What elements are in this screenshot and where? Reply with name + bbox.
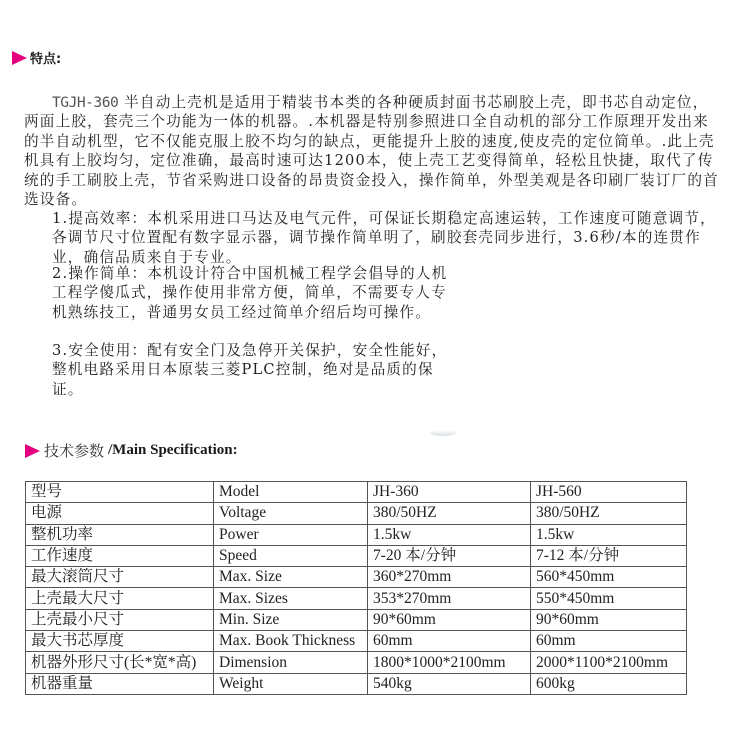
- cell-param-en: Voltage: [214, 503, 368, 524]
- cell-jh560: 600kg: [531, 673, 687, 694]
- cell-param-cn: 机器外形尺寸(长*宽*高): [26, 652, 214, 673]
- table-row: 机器重量Weight540kg600kg: [26, 673, 687, 694]
- spec-heading-en: /Main Specification:: [108, 442, 238, 459]
- intro-text: 半自动上壳机是适用于精装书本类的各种硬质封面书芯刷胶上壳，即书芯自动定位，两面上…: [24, 94, 719, 208]
- cell-jh560: JH-560: [531, 482, 687, 503]
- cell-jh360: 60mm: [368, 631, 531, 652]
- cell-jh360: 1800*1000*2100mm: [368, 652, 531, 673]
- cell-param-cn: 上壳最大尺寸: [26, 588, 214, 609]
- feature-point-efficiency: 1.提高效率：本机采用进口马达及电气元件，可保证长期稳定高速运转，工作速度可随意…: [24, 209, 724, 267]
- cell-jh560: 1.5kw: [531, 524, 687, 545]
- table-row: 上壳最小尺寸Min. Size90*60mm90*60mm: [26, 609, 687, 630]
- triangle-bullet-icon: [25, 444, 40, 458]
- cell-param-cn: 电源: [26, 503, 214, 524]
- cell-param-en: Max. Book Thickness: [214, 631, 368, 652]
- cell-jh560: 90*60mm: [531, 609, 687, 630]
- feature-point-text: 2.操作简单：本机设计符合中国机械工程学会倡导的人机工程学傻瓜式，操作使用非常方…: [24, 264, 454, 322]
- cell-jh360: 540kg: [368, 673, 531, 694]
- triangle-bullet-icon: [12, 51, 27, 65]
- cell-param-cn: 整机功率: [26, 524, 214, 545]
- cell-jh560: 560*450mm: [531, 567, 687, 588]
- model-code: TGJH-360: [24, 94, 118, 111]
- table-row: 整机功率Power1.5kw1.5kw: [26, 524, 687, 545]
- table-row: 电源Voltage380/50HZ380/50HZ: [26, 503, 687, 524]
- cell-param-en: Speed: [214, 545, 368, 566]
- cell-param-en: Max. Sizes: [214, 588, 368, 609]
- cell-param-en: Weight: [214, 673, 368, 694]
- cell-param-cn: 型号: [26, 482, 214, 503]
- feature-point-safety: 3.安全使用：配有安全门及急停开关保护，安全性能好，整机电路采用日本原装三菱PL…: [24, 341, 454, 399]
- cell-param-en: Max. Size: [214, 567, 368, 588]
- cell-param-cn: 机器重量: [26, 673, 214, 694]
- cell-jh360: JH-360: [368, 482, 531, 503]
- cell-jh360: 360*270mm: [368, 567, 531, 588]
- feature-point-operation: 2.操作简单：本机设计符合中国机械工程学会倡导的人机工程学傻瓜式，操作使用非常方…: [24, 264, 454, 322]
- table-row: 最大滚筒尺寸Max. Size360*270mm560*450mm: [26, 567, 687, 588]
- cell-jh360: 90*60mm: [368, 609, 531, 630]
- cell-param-cn: 最大书芯厚度: [26, 631, 214, 652]
- cell-param-cn: 最大滚筒尺寸: [26, 567, 214, 588]
- intro-paragraph: TGJH-360 半自动上壳机是适用于精装书本类的各种硬质封面书芯刷胶上壳，即书…: [24, 93, 724, 209]
- cell-param-en: Min. Size: [214, 609, 368, 630]
- cell-jh560: 2000*1100*2100mm: [531, 652, 687, 673]
- feature-point-text: 3.安全使用：配有安全门及急停开关保护，安全性能好，整机电路采用日本原装三菱PL…: [24, 341, 454, 399]
- cell-jh360: 1.5kw: [368, 524, 531, 545]
- spec-heading-cn: 技术参数: [44, 440, 104, 461]
- table-row: 工作速度Speed7-20 本/分钟7-12 本/分钟: [26, 545, 687, 566]
- feature-point-text: 1.提高效率：本机采用进口马达及电气元件，可保证长期稳定高速运转，工作速度可随意…: [24, 209, 724, 267]
- cell-param-cn: 工作速度: [26, 545, 214, 566]
- cell-jh560: 550*450mm: [531, 588, 687, 609]
- cell-param-en: Power: [214, 524, 368, 545]
- features-heading: 特点:: [12, 48, 61, 67]
- table-row: 机器外形尺寸(长*宽*高)Dimension1800*1000*2100mm20…: [26, 652, 687, 673]
- cell-jh560: 380/50HZ: [531, 503, 687, 524]
- spec-heading: 技术参数 /Main Specification:: [25, 440, 238, 461]
- cell-jh360: 7-20 本/分钟: [368, 545, 531, 566]
- cell-param-cn: 上壳最小尺寸: [26, 609, 214, 630]
- table-row: 型号ModelJH-360JH-560: [26, 482, 687, 503]
- decorative-smudge: [430, 430, 456, 436]
- cell-jh560: 60mm: [531, 631, 687, 652]
- table-row: 上壳最大尺寸Max. Sizes353*270mm550*450mm: [26, 588, 687, 609]
- table-row: 最大书芯厚度Max. Book Thickness60mm60mm: [26, 631, 687, 652]
- cell-param-en: Model: [214, 482, 368, 503]
- features-heading-label: 特点:: [30, 48, 61, 67]
- spec-table: 型号ModelJH-360JH-560电源Voltage380/50HZ380/…: [25, 481, 687, 695]
- cell-jh560: 7-12 本/分钟: [531, 545, 687, 566]
- cell-jh360: 353*270mm: [368, 588, 531, 609]
- cell-param-en: Dimension: [214, 652, 368, 673]
- cell-jh360: 380/50HZ: [368, 503, 531, 524]
